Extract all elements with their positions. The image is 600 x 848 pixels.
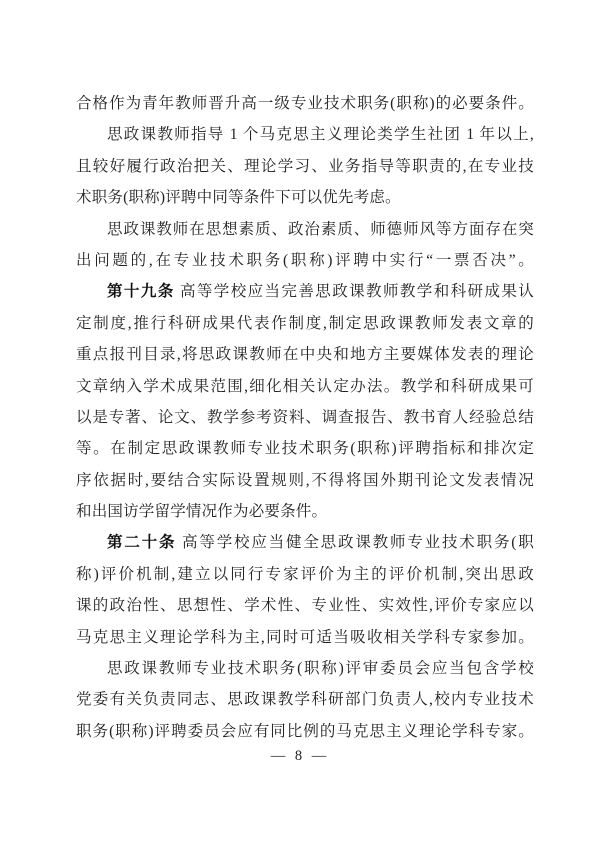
page-number: — 8 —	[0, 746, 600, 766]
text-line: 思政课教师在思想素质、政治素质、师德师风等方面存在突	[76, 214, 534, 245]
text-line: 思政课教师专业技术职务(职称)评审委员会应当包含学校	[76, 653, 534, 684]
document-page: 合格作为青年教师晋升高一级专业技术职务(职称)的必要条件。思政课教师指导 1 个…	[0, 0, 600, 848]
text-line: 马克思主义理论学科为主,同时可适当吸收相关学科专家参加。	[76, 622, 534, 653]
text-line: 序依据时,要结合实际设置规则,不得将国外期刊论文发表情况	[76, 465, 534, 496]
text-line: 称)评价机制,建立以同行专家评价为主的评价机制,突出思政	[76, 559, 534, 590]
text-line: 职务(职称)评聘委员会应有同比例的马克思主义理论学科专家。	[76, 716, 534, 747]
article-number: 第二十条	[107, 534, 176, 551]
text-line: 定制度,推行科研成果代表作制度,制定思政课教师发表文章的	[76, 308, 534, 339]
text-line: 且较好履行政治把关、理论学习、业务指导等职责的,在专业技	[76, 151, 534, 182]
text-line: 合格作为青年教师晋升高一级专业技术职务(职称)的必要条件。	[76, 88, 534, 119]
document-body: 合格作为青年教师晋升高一级专业技术职务(职称)的必要条件。思政课教师指导 1 个…	[76, 88, 534, 747]
text-line: 思政课教师指导 1 个马克思主义理论类学生社团 1 年以上,	[76, 119, 534, 150]
article-number: 第十九条	[107, 283, 175, 300]
text-line: 课的政治性、思想性、学术性、专业性、实效性,评价专家应以	[76, 590, 534, 621]
text-line: 以是专著、论文、教学参考资料、调查报告、教书育人经验总结	[76, 402, 534, 433]
text-line: 等。在制定思政课教师专业技术职务(职称)评聘指标和排次定	[76, 433, 534, 464]
text-line: 术职务(职称)评聘中同等条件下可以优先考虑。	[76, 182, 534, 213]
text-line: 党委有关负责同志、思政课教学科研部门负责人,校内专业技术	[76, 684, 534, 715]
text-line: 文章纳入学术成果范围,细化相关认定办法。教学和科研成果可	[76, 371, 534, 402]
text-line: 和出国访学留学情况作为必要条件。	[76, 496, 534, 527]
text-line: 重点报刊目录,将思政课教师在中央和地方主要媒体发表的理论	[76, 339, 534, 370]
text-line: 出问题的,在专业技术职务(职称)评聘中实行“一票否决”。	[76, 245, 534, 276]
text-line: 第二十条 高等学校应当健全思政课教师专业技术职务(职	[76, 527, 534, 558]
text-line: 第十九条 高等学校应当完善思政课教师教学和科研成果认	[76, 276, 534, 307]
